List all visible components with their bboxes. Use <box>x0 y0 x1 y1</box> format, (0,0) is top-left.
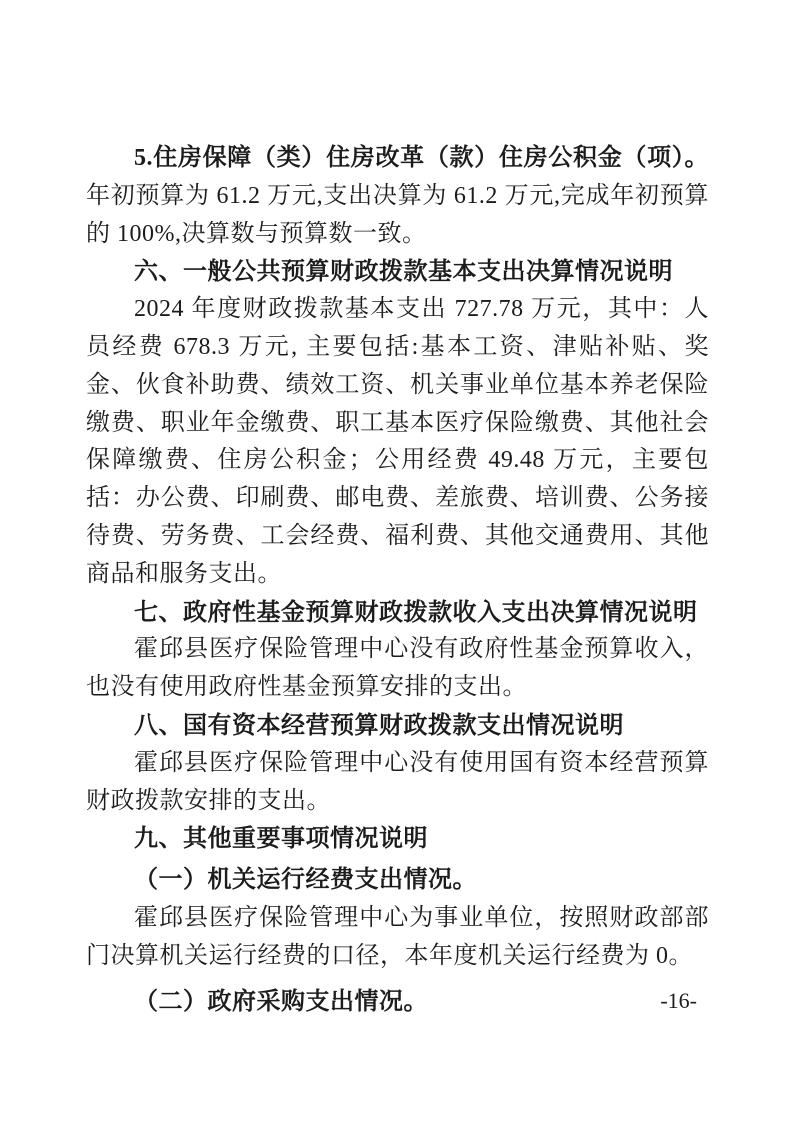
section-heading-seven-gov-fund: 七、政府性基金预算财政拨款收入支出决算情况说明 <box>86 594 709 632</box>
page-number: -16- <box>660 988 697 1013</box>
document-content: 5.住房保障（类）住房改革（款）住房公积金（项）。年初预算为 61.2 万元,支… <box>86 140 709 1021</box>
section-heading-eight-state-capital: 八、国有资本经营预算财政拨款支出情况说明 <box>86 707 709 745</box>
paragraph-housing-security: 5.住房保障（类）住房改革（款）住房公积金（项）。年初预算为 61.2 万元,支… <box>86 140 709 253</box>
paragraph-basic-expenditure-detail: 2024 年度财政拨款基本支出 727.78 万元，其中：人员经费 678.3 … <box>86 291 709 593</box>
paragraph-gov-fund-detail: 霍邱县医疗保险管理中心没有政府性基金预算收入，也没有使用政府性基金预算安排的支出… <box>86 631 709 707</box>
subsection-heading-one-operating-expense: （一）机关运行经费支出情况。 <box>86 862 709 900</box>
section-heading-six-basic-expenditure: 六、一般公共预算财政拨款基本支出决算情况说明 <box>86 253 709 291</box>
document-page: 5.住房保障（类）住房改革（款）住房公积金（项）。年初预算为 61.2 万元,支… <box>0 0 793 1122</box>
paragraph-operating-expense-detail: 霍邱县医疗保险管理中心为事业单位，按照财政部部门决算机关运行经费的口径，本年度机… <box>86 900 709 976</box>
paragraph-housing-text: 年初预算为 61.2 万元,支出决算为 61.2 万元,完成年初预算的 100%… <box>86 183 709 247</box>
section-heading-nine-other-matters: 九、其他重要事项情况说明 <box>86 820 709 858</box>
page-footer: -16- <box>660 988 697 1014</box>
paragraph-state-capital-detail: 霍邱县医疗保险管理中心没有使用国有资本经营预算财政拨款安排的支出。 <box>86 745 709 821</box>
subsection-heading-two-gov-procurement: （二）政府采购支出情况。 <box>86 984 709 1022</box>
paragraph-housing-lead-bold: 5.住房保障（类）住房改革（款）住房公积金（项）。 <box>134 145 709 171</box>
